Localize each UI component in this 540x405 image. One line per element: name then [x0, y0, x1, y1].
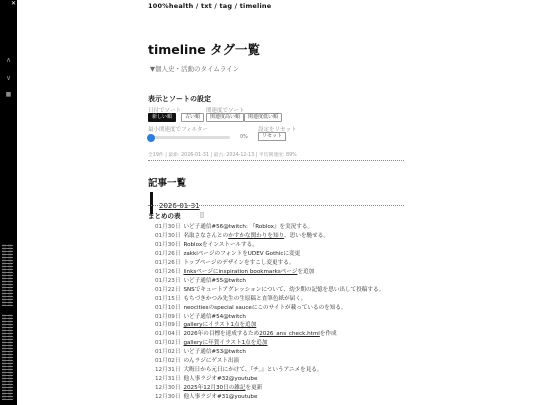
page-subtitle: ▼個人史・活動のタイムライン: [150, 64, 239, 73]
relevance-low-button[interactable]: 関連度低い順: [244, 113, 282, 122]
entry-link[interactable]: かすかな関わりを知り: [228, 233, 284, 239]
entry-date: 01月02日: [155, 349, 180, 355]
entry-date: 01月26日: [155, 251, 180, 257]
entry-text: neocitiesのspecial sauceにこのサイトが載っているのを知る。: [183, 305, 346, 311]
list-item: 01月02日いど子通信#53@twitch: [155, 348, 404, 357]
articles-heading: 記事一覧: [148, 175, 186, 189]
entry-text: SNSでキュートアグレッションについて、幼少期の記憶を思い出して投稿する。: [183, 287, 384, 293]
list-item: 01月30日Robloxをインストールする。: [155, 241, 404, 250]
slider-thumb[interactable]: [147, 134, 155, 142]
page-title: timeline タグ一覧: [148, 40, 260, 58]
entry-text: いど子通信#56@twitch: 『Roblox』を実況する。: [183, 224, 313, 230]
timeline-list: 01月30日いど子通信#56@twitch: 『Roblox』を実況する。01月…: [155, 223, 404, 402]
sort-newest-button[interactable]: 新しい順: [148, 113, 176, 122]
entry-text: 2026年の目標を達成するため: [183, 331, 259, 337]
entry-link[interactable]: galleryにイラスト1点を追加: [183, 322, 256, 328]
entry-text: を追加: [297, 269, 314, 275]
dotted-divider-article: [148, 205, 404, 206]
list-item: 12月31日他人事ラジオ#32@youtube: [155, 375, 404, 384]
slider-value: 0%: [240, 134, 248, 140]
list-item: 01月10日neocitiesのspecial sauceにこのサイトが載ってい…: [155, 304, 404, 313]
entry-link[interactable]: 2025年12月30日の雑記: [183, 385, 245, 391]
list-item: 01月09日いど子通信#54@twitch: [155, 313, 404, 322]
min-relevance-filter-label: 最小関連度でフィルター: [148, 125, 208, 133]
entry-text: いど子通信#55@twitch: [183, 278, 246, 284]
entry-date: 01月30日: [155, 242, 180, 248]
list-item: 12月31日大晦日から元日にかけて、『チ。』というアニメを見る。: [155, 366, 404, 375]
stats-line: 全19件 | 最新: 2026-01-31 | 最古: 2024-12-13 |…: [148, 151, 297, 158]
entry-text: を更新: [245, 385, 262, 391]
entry-text: を作成: [320, 331, 337, 337]
entry-date: 12月31日: [155, 367, 180, 373]
close-icon[interactable]: ✕: [11, 0, 16, 7]
settings-heading: 表示とソートの設定: [148, 94, 211, 104]
list-item: 01月22日SNSでキュートアグレッションについて、幼少期の記憶を思い出して投稿…: [155, 286, 404, 295]
entry-date: 01月30日: [155, 224, 180, 230]
entry-date: 01月10日: [155, 305, 180, 311]
list-item: 01月04日2026年の目標を達成するため2026_ans_check.html…: [155, 330, 404, 339]
entry-date: 12月31日: [155, 376, 180, 382]
entry-text: zakkiページのフォントをUDEV Gothicに変更: [183, 251, 300, 257]
chevron-down-icon[interactable]: ∨: [0, 74, 17, 82]
entry-text: のんラジにゲスト出演: [183, 358, 239, 364]
list-item: 01月02日galleryに年賀イラスト1点を追加: [155, 339, 404, 348]
list-item: 01月02日のんラジにゲスト出演: [155, 357, 404, 366]
entry-link[interactable]: 2026_ans_check.html: [259, 331, 320, 337]
entry-date: 12月30日: [155, 385, 180, 391]
entry-link[interactable]: linksページにinspiration bookmarksページ: [183, 269, 297, 275]
entry-date: 01月09日: [155, 322, 180, 328]
stop-icon[interactable]: ■: [0, 91, 17, 99]
summary-table-badge: [200, 212, 204, 218]
entry-text: いど子通信#54@twitch: [183, 314, 246, 320]
list-item: 01月26日トップページのデザインをすこし変更する。: [155, 259, 404, 268]
list-item: 01月26日linksページにinspiration bookmarksページを…: [155, 268, 404, 277]
entry-date: 01月30日: [155, 233, 180, 239]
entry-text: Robloxをインストールする。: [183, 242, 257, 248]
entry-date: 01月22日: [155, 287, 180, 293]
list-item: 01月30日名取さなさんとのかすかな関わりを知り、思いを馳せる。: [155, 232, 404, 241]
entry-date: 01月04日: [155, 331, 180, 337]
entry-date: 01月09日: [155, 314, 180, 320]
entry-date: 12月30日: [155, 394, 180, 400]
dotted-divider-top: [148, 160, 404, 161]
sort-oldest-button[interactable]: 古い順: [181, 113, 204, 122]
entry-text: 他人事ラジオ#31@youtube: [183, 394, 257, 400]
min-relevance-slider[interactable]: [148, 136, 230, 139]
list-item: 12月30日2025年12月30日の雑記を更新: [155, 384, 404, 393]
entry-text: 大晦日から元日にかけて、『チ。』というアニメを見る。: [183, 367, 322, 373]
list-item: 12月30日他人事ラジオ#31@youtube: [155, 393, 404, 402]
left-sidebar: ✕ ∧ ∨ ■: [0, 0, 17, 405]
entry-date: 01月26日: [155, 260, 180, 266]
relevance-high-button[interactable]: 関連度高い順: [206, 113, 244, 122]
entry-text: 他人事ラジオ#32@youtube: [183, 376, 257, 382]
list-item: 01月09日galleryにイラスト1点を追加: [155, 321, 404, 330]
list-item: 01月26日zakkiページのフォントをUDEV Gothicに変更: [155, 250, 404, 259]
entry-text: 名取さなさんとの: [183, 233, 228, 239]
reset-button[interactable]: リセット: [258, 132, 286, 141]
article-date-link[interactable]: 2026-01-31: [159, 202, 200, 210]
main-content: 100%health / txt / tag / timeline timeli…: [148, 0, 404, 405]
sidebar-vertical-text-block-1: [2, 244, 13, 306]
entry-text: もちづきかつみ先生の生原稿と直筆色紙が届く。: [183, 296, 306, 302]
entry-link[interactable]: galleryに年賀イラスト1点を追加: [183, 340, 267, 346]
sidebar-vertical-text-block-2: [2, 314, 13, 400]
breadcrumb[interactable]: 100%health / txt / tag / timeline: [148, 2, 271, 10]
list-item: 01月30日いど子通信#56@twitch: 『Roblox』を実況する。: [155, 223, 404, 232]
entry-text: 、思いを馳せる。: [284, 233, 329, 239]
entry-date: 01月23日: [155, 278, 180, 284]
entry-text: いど子通信#53@twitch: [183, 349, 246, 355]
list-item: 01月23日いど子通信#55@twitch: [155, 277, 404, 286]
chevron-up-icon[interactable]: ∧: [0, 56, 17, 64]
entry-date: 01月26日: [155, 269, 180, 275]
entry-text: トップページのデザインをすこし変更する。: [183, 260, 294, 266]
entry-date: 01月15日: [155, 296, 180, 302]
summary-table-label: まとめの表: [148, 211, 181, 220]
entry-date: 01月02日: [155, 340, 180, 346]
entry-date: 01月02日: [155, 358, 180, 364]
list-item: 01月15日もちづきかつみ先生の生原稿と直筆色紙が届く。: [155, 295, 404, 304]
